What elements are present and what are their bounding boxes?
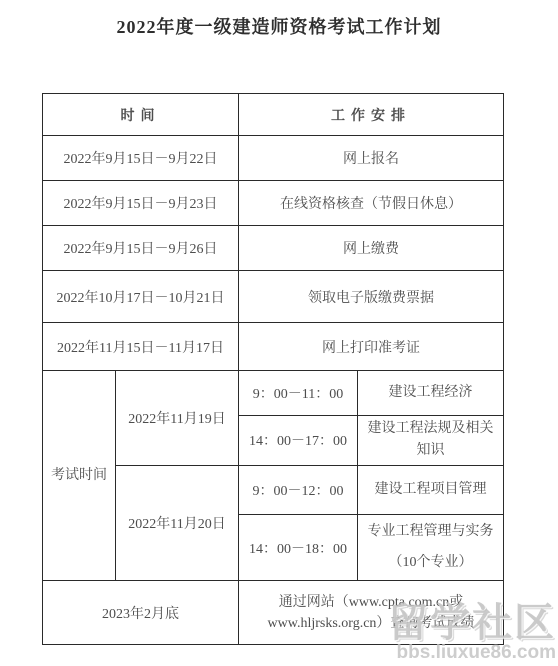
row-time: 2022年9月15日－9月23日: [43, 181, 239, 226]
row-work: 在线资格核查（节假日休息）: [239, 181, 504, 226]
session-time: 9：00－12：00: [239, 465, 358, 514]
header-work: 工作安排: [239, 94, 504, 136]
table-row: 2022年9月15日－9月23日 在线资格核查（节假日休息）: [43, 181, 504, 226]
row-time: 2022年10月17日－10月21日: [43, 271, 239, 323]
exam-date: 2022年11月20日: [116, 465, 239, 581]
row-time: 2022年9月15日－9月22日: [43, 136, 239, 181]
row-work: 网上打印准考证: [239, 323, 504, 371]
row-work: 领取电子版缴费票据: [239, 271, 504, 323]
table-row: 2022年11月15日－11月17日 网上打印准考证: [43, 323, 504, 371]
exam-session-row: 考试时间 2022年11月19日 9：00－11：00 建设工程经济: [43, 371, 504, 416]
session-subject: 建设工程经济: [358, 371, 504, 416]
exam-schedule-table: 时间 工作安排 2022年9月15日－9月22日 网上报名 2022年9月15日…: [42, 93, 504, 645]
row-time: 2022年11月15日－11月17日: [43, 323, 239, 371]
row-time: 2022年9月15日－9月26日: [43, 226, 239, 271]
session-subject: 专业工程管理与实务（10个专业）: [358, 514, 504, 581]
header-time: 时间: [43, 94, 239, 136]
session-subject: 建设工程法规及相关知识: [358, 416, 504, 466]
session-subject: 建设工程项目管理: [358, 465, 504, 514]
footer-work: 通过网站（www.cpta.com.cn或www.hljrsks.org.cn）…: [239, 581, 504, 645]
page-title: 2022年度一级建造师资格考试工作计划: [0, 0, 558, 39]
exam-time-label: 考试时间: [43, 371, 116, 581]
session-time: 9：00－11：00: [239, 371, 358, 416]
table-footer-row: 2023年2月底 通过网站（www.cpta.com.cn或www.hljrsk…: [43, 581, 504, 645]
session-time: 14：00－17：00: [239, 416, 358, 466]
row-work: 网上缴费: [239, 226, 504, 271]
row-work: 网上报名: [239, 136, 504, 181]
watermark-url: bbs.liuxue86.com: [388, 643, 556, 664]
table-header-row: 时间 工作安排: [43, 94, 504, 136]
table-row: 2022年9月15日－9月22日 网上报名: [43, 136, 504, 181]
table-row: 2022年10月17日－10月21日 领取电子版缴费票据: [43, 271, 504, 323]
exam-date: 2022年11月19日: [116, 371, 239, 466]
session-time: 14：00－18：00: [239, 514, 358, 581]
table-row: 2022年9月15日－9月26日 网上缴费: [43, 226, 504, 271]
footer-time: 2023年2月底: [43, 581, 239, 645]
